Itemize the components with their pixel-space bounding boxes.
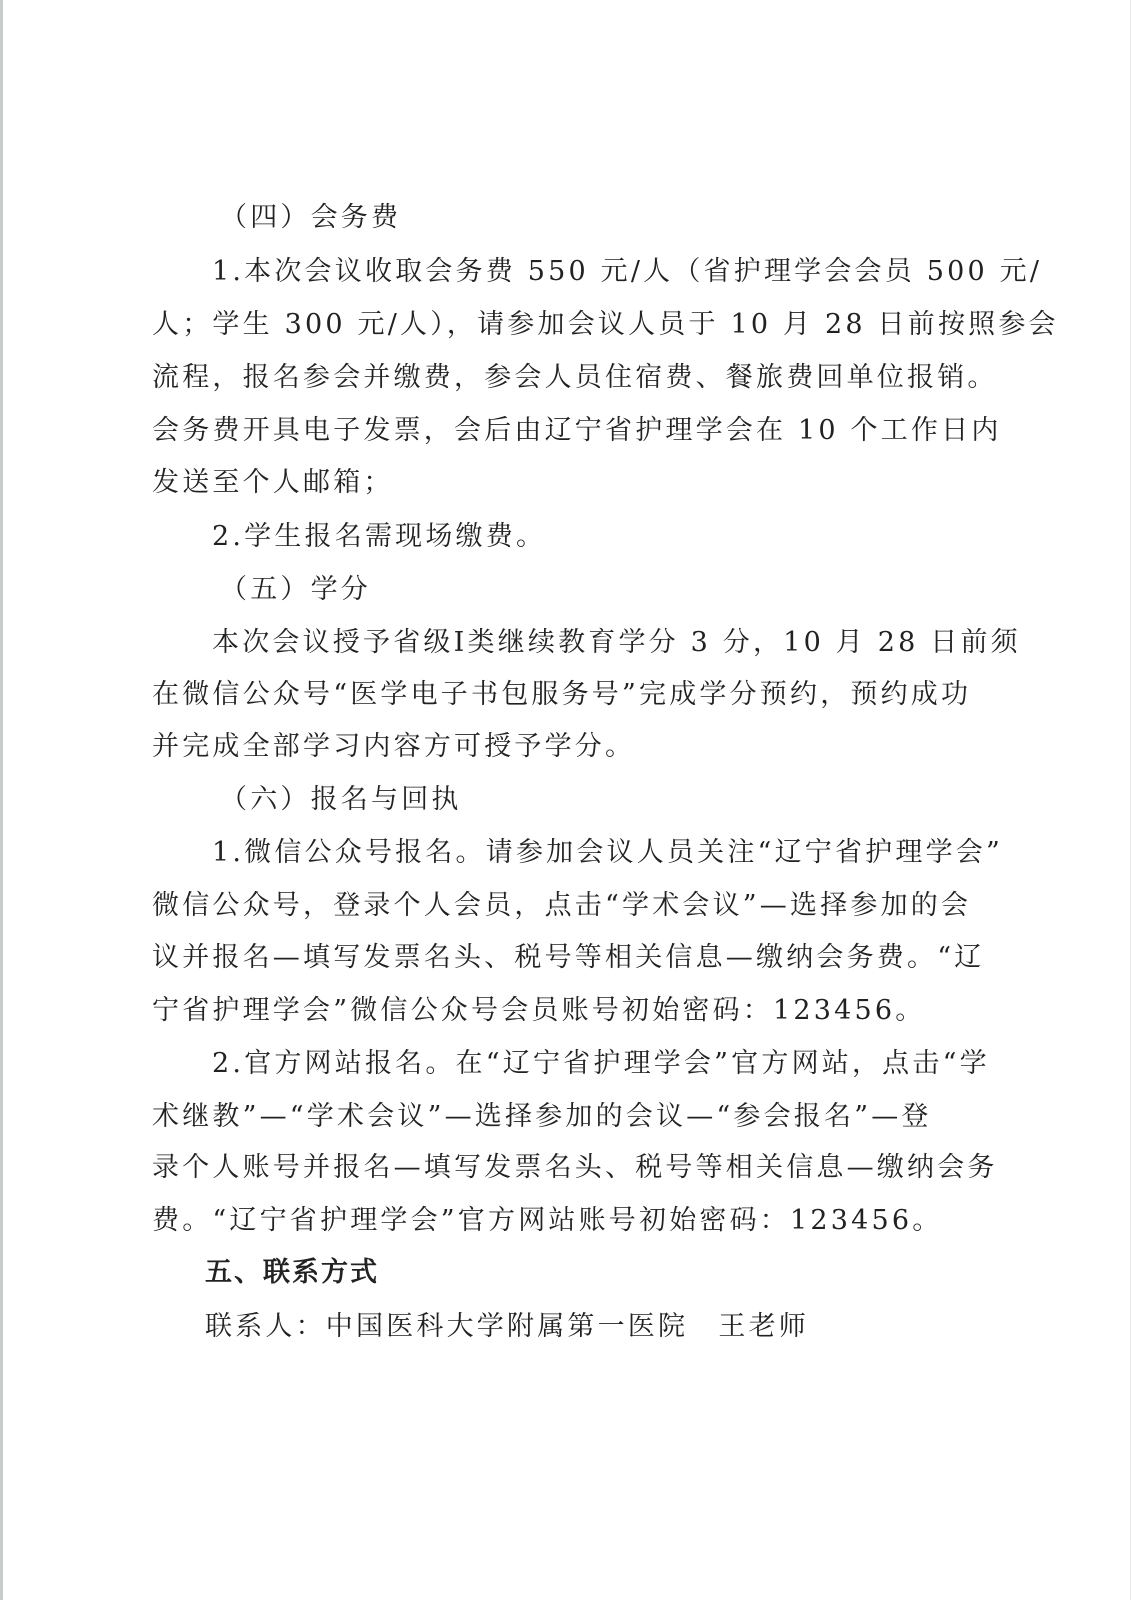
document-page: （四）会务费 1.本次会议收取会务费 550 元/人（省护理学会会员 500 元… xyxy=(0,0,1131,1600)
section-heading-registration: （六）报名与回执 xyxy=(220,783,462,817)
registration-website-line-2: 术继教”—“学术会议”—选择参加的会议—“参会报名”—登 xyxy=(152,1100,932,1134)
registration-website-line-1: 2.官方网站报名。在“辽宁省护理学会”官方网站，点击“学 xyxy=(212,1047,990,1081)
section-heading-contact: 五、联系方式 xyxy=(205,1256,379,1290)
fees-paragraph-1-line-5: 发送至个人邮箱； xyxy=(152,466,394,500)
fees-paragraph-1-line-2: 人；学生 300 元/人），请参加会议人员于 10 月 28 日前按照参会 xyxy=(152,308,1059,342)
credits-line-1: 本次会议授予省级Ⅰ类继续教育学分 3 分，10 月 28 日前须 xyxy=(212,626,1021,660)
fees-paragraph-1-line-1: 1.本次会议收取会务费 550 元/人（省护理学会会员 500 元/ xyxy=(212,255,1042,289)
credits-line-2: 在微信公众号“医学电子书包服务号”完成学分预约，预约成功 xyxy=(152,678,971,712)
section-heading-credits: （五）学分 xyxy=(220,573,371,607)
credits-line-3: 并完成全部学习内容方可授予学分。 xyxy=(152,730,635,764)
registration-wechat-line-2: 微信公众号，登录个人会员，点击“学术会议”—选择参加的会 xyxy=(152,889,971,923)
registration-wechat-line-3: 议并报名—填写发票名头、税号等相关信息—缴纳会务费。“辽 xyxy=(152,941,984,975)
contact-person: 联系人：中国医科大学附属第一医院 王老师 xyxy=(205,1310,809,1344)
registration-website-line-4: 费。“辽宁省护理学会”官方网站账号初始密码：123456。 xyxy=(152,1204,942,1238)
fees-paragraph-1-line-4: 会务费开具电子发票，会后由辽宁省护理学会在 10 个工作日内 xyxy=(152,414,1002,448)
fees-paragraph-2: 2.学生报名需现场缴费。 xyxy=(212,520,546,554)
fees-paragraph-1-line-3: 流程，报名参会并缴费，参会人员住宿费、餐旅费回单位报销。 xyxy=(152,361,998,395)
registration-wechat-line-4: 宁省护理学会”微信公众号会员账号初始密码：123456。 xyxy=(152,994,925,1028)
registration-wechat-line-1: 1.微信公众号报名。请参加会议人员关注“辽宁省护理学会” xyxy=(212,836,1003,870)
section-heading-fees: （四）会务费 xyxy=(220,201,401,235)
registration-website-line-3: 录个人账号并报名—填写发票名头、税号等相关信息—缴纳会务 xyxy=(152,1151,998,1185)
